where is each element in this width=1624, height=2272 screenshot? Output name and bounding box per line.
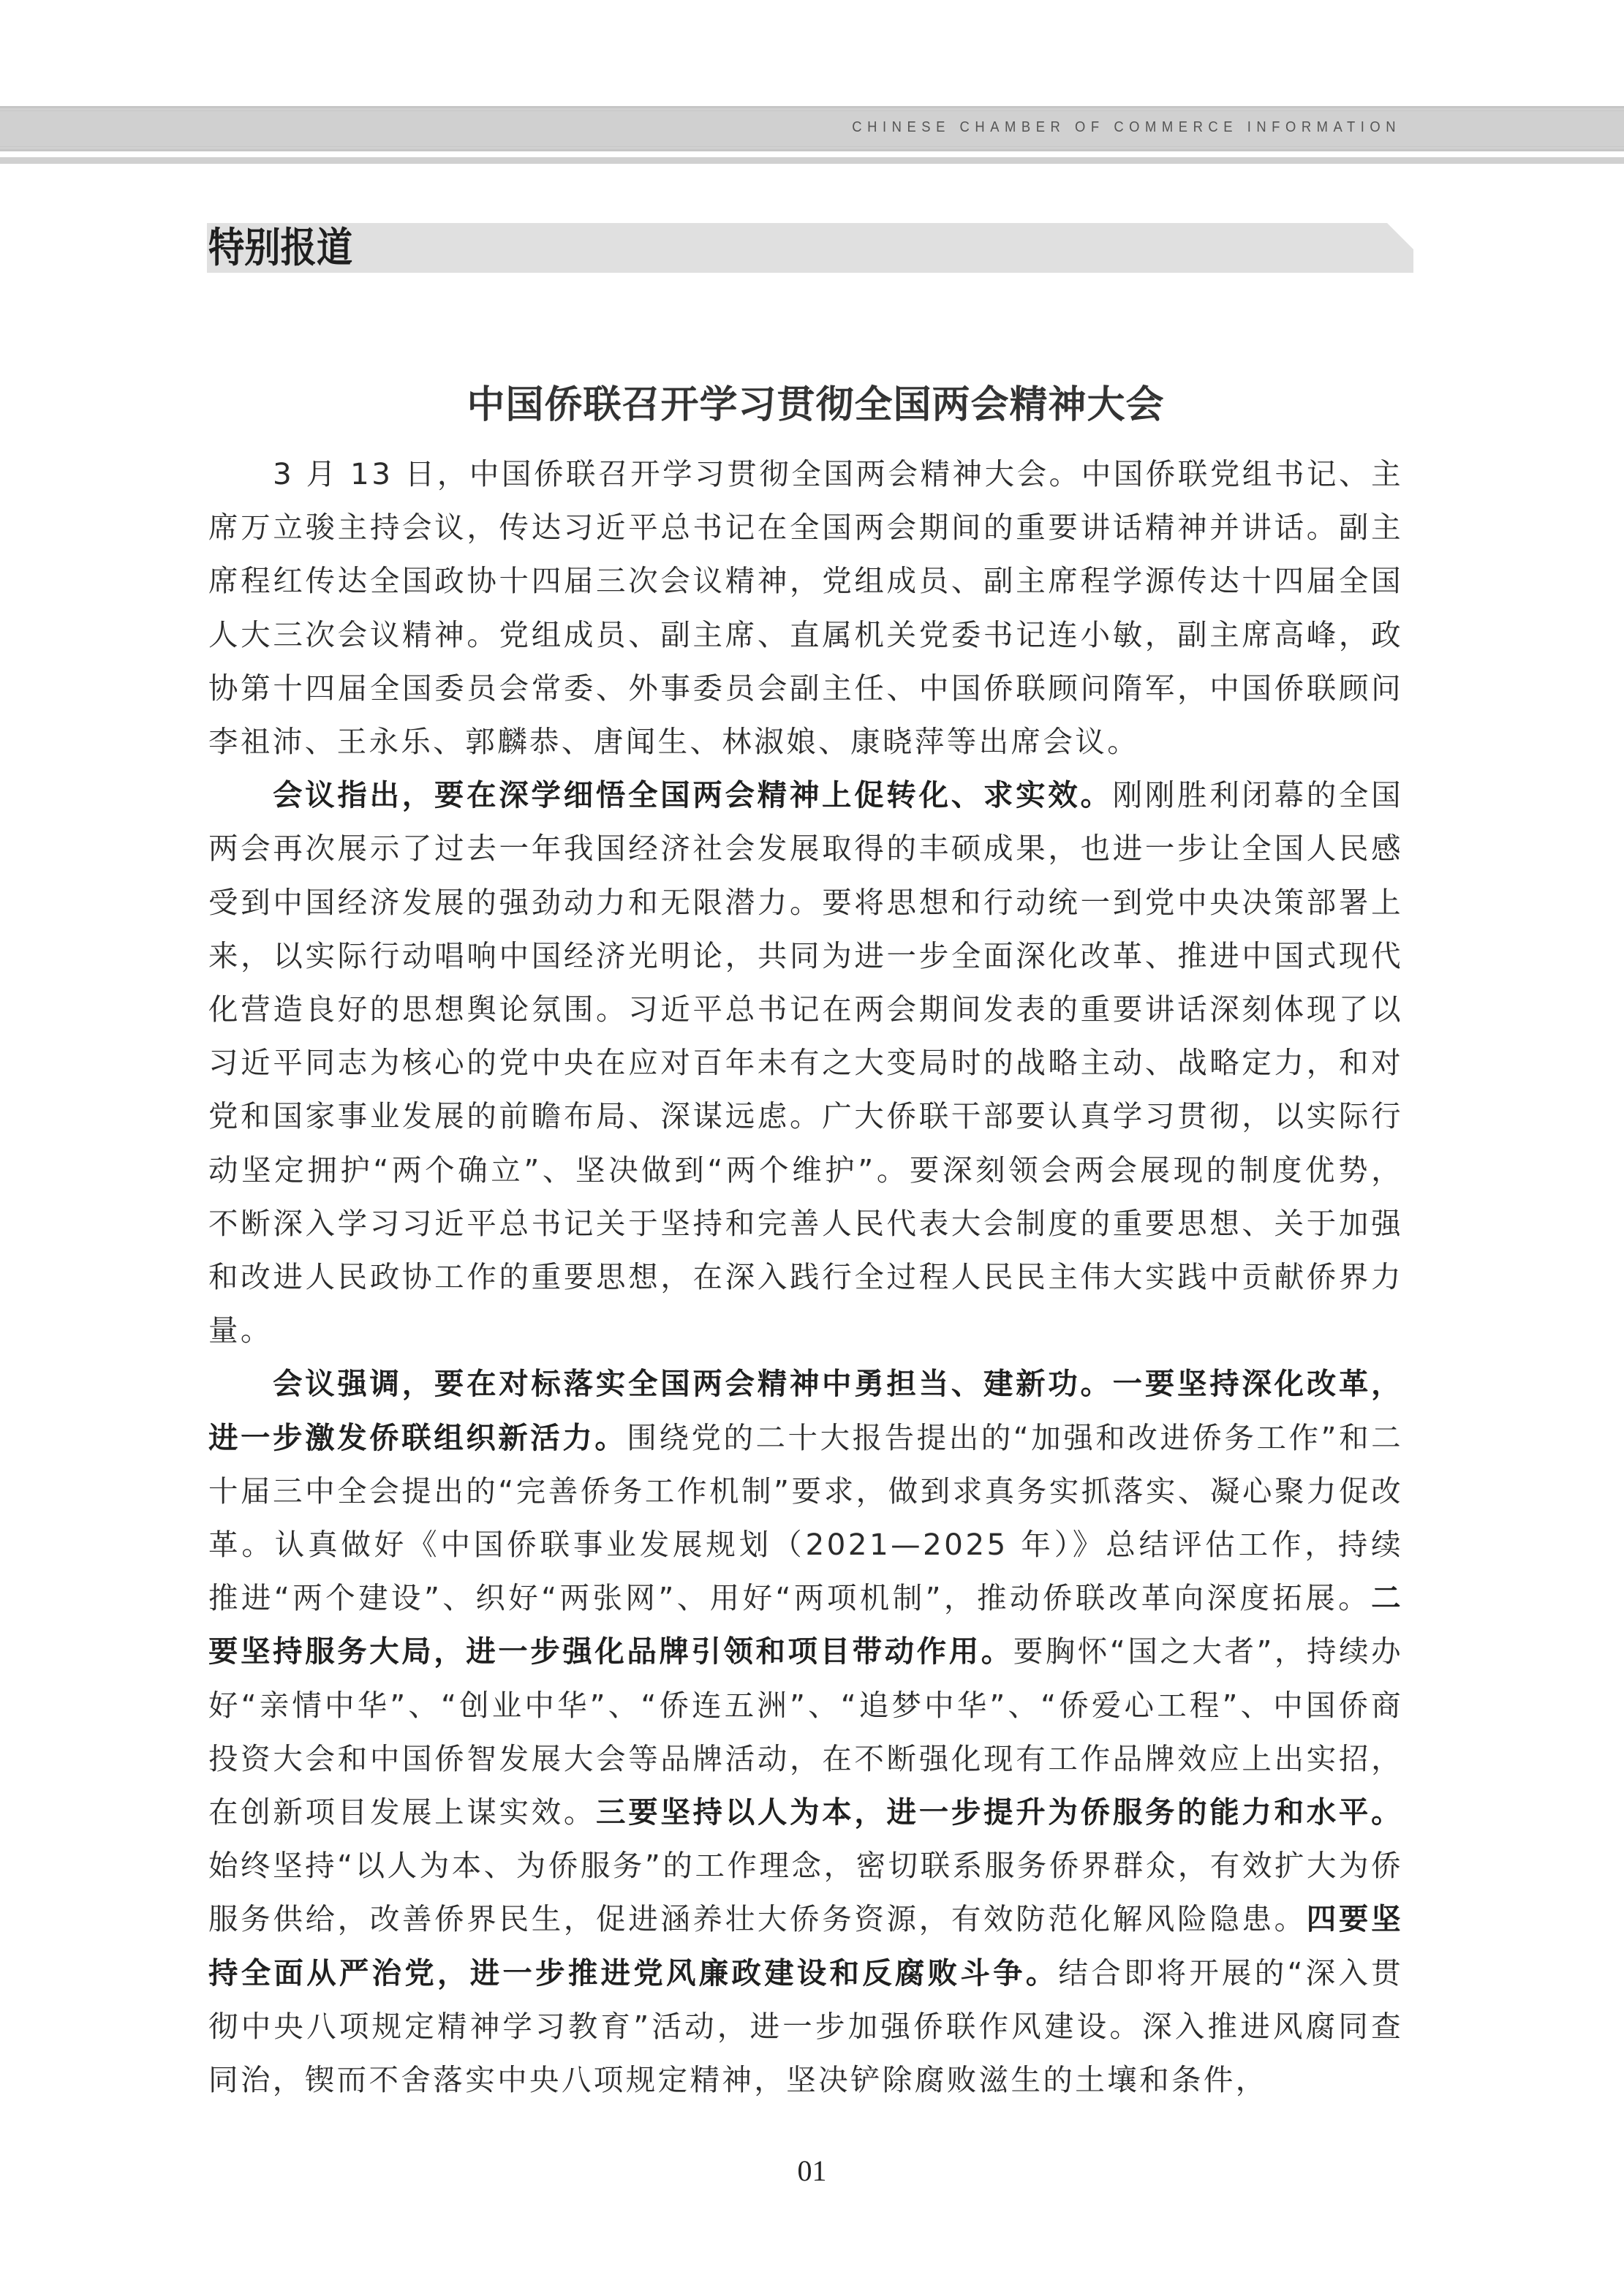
running-header-banner: CHINESE CHAMBER OF COMMERCE INFORMATION	[0, 106, 1624, 151]
article-body: 3 月 13 日，中国侨联召开学习贯彻全国两会精神大会。中国侨联党组书记、主席万…	[208, 448, 1403, 2107]
paragraph-lead-bold: 会议指出，要在深学细悟全国两会精神上促转化、求实效。	[273, 777, 1113, 812]
section-title: 特别报道	[208, 224, 352, 271]
point-three-bold: 三要坚持以人为本，进一步提升为侨服务的能力和水平。	[596, 1794, 1403, 1830]
article-title: 中国侨联召开学习贯彻全国两会精神大会	[0, 382, 1624, 429]
paragraph: 会议指出，要在深学细悟全国两会精神上促转化、求实效。刚刚胜利闭幕的全国两会再次展…	[208, 769, 1403, 1357]
paragraph-text: 3 月 13 日，中国侨联召开学习贯彻全国两会精神大会。中国侨联党组书记、主席万…	[208, 456, 1403, 759]
header-divider-strip	[0, 157, 1624, 164]
paragraph-text: 始终坚持“以人为本、为侨服务”的工作理念，密切联系服务侨界群众，有效扩大为侨服务…	[208, 1848, 1403, 1936]
section-header: 特别报道	[207, 223, 1413, 273]
publication-name: CHINESE CHAMBER OF COMMERCE INFORMATION	[852, 119, 1401, 136]
paragraph-text: 刚刚胜利闭幕的全国两会再次展示了过去一年我国经济社会发展取得的丰硕成果，也进一步…	[208, 777, 1403, 1348]
paragraph: 会议强调，要在对标落实全国两会精神中勇担当、建新功。一要坚持深化改革，进一步激发…	[208, 1357, 1403, 2107]
paragraph: 3 月 13 日，中国侨联召开学习贯彻全国两会精神大会。中国侨联党组书记、主席万…	[208, 448, 1403, 769]
page-number: 01	[0, 2154, 1624, 2188]
